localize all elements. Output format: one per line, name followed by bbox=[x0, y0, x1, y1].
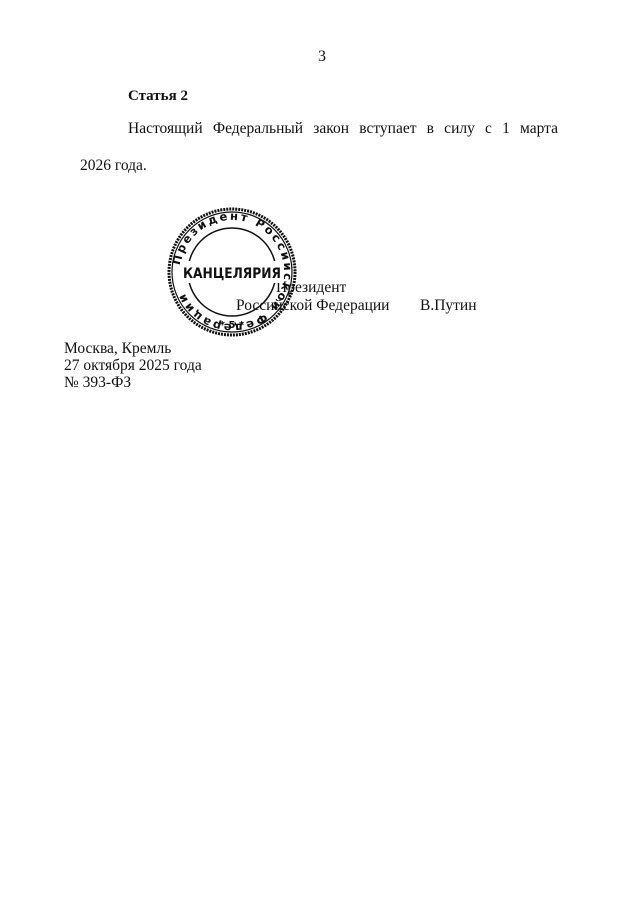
article-heading: Статья 2 bbox=[128, 88, 188, 105]
stamp-center-text: КАНЦЕЛЯРИЯ bbox=[183, 266, 281, 282]
signing-details: Москва, Кремль 27 октября 2025 года № 39… bbox=[64, 340, 202, 391]
signature-name: В.Путин bbox=[420, 297, 477, 315]
signing-date: 27 октября 2025 года bbox=[64, 357, 202, 374]
article-text-line2: 2026 года. bbox=[80, 157, 147, 175]
law-number: № 393-ФЗ bbox=[64, 374, 202, 391]
stamp-bottom-text: * 5 * bbox=[220, 320, 245, 331]
official-stamp: Президент Российской Федерации КАНЦЕЛЯРИ… bbox=[166, 206, 298, 338]
article-text-line1: Настоящий Федеральный закон вступает в с… bbox=[128, 120, 558, 138]
signing-place: Москва, Кремль bbox=[64, 340, 202, 357]
page-number: 3 bbox=[318, 48, 326, 66]
